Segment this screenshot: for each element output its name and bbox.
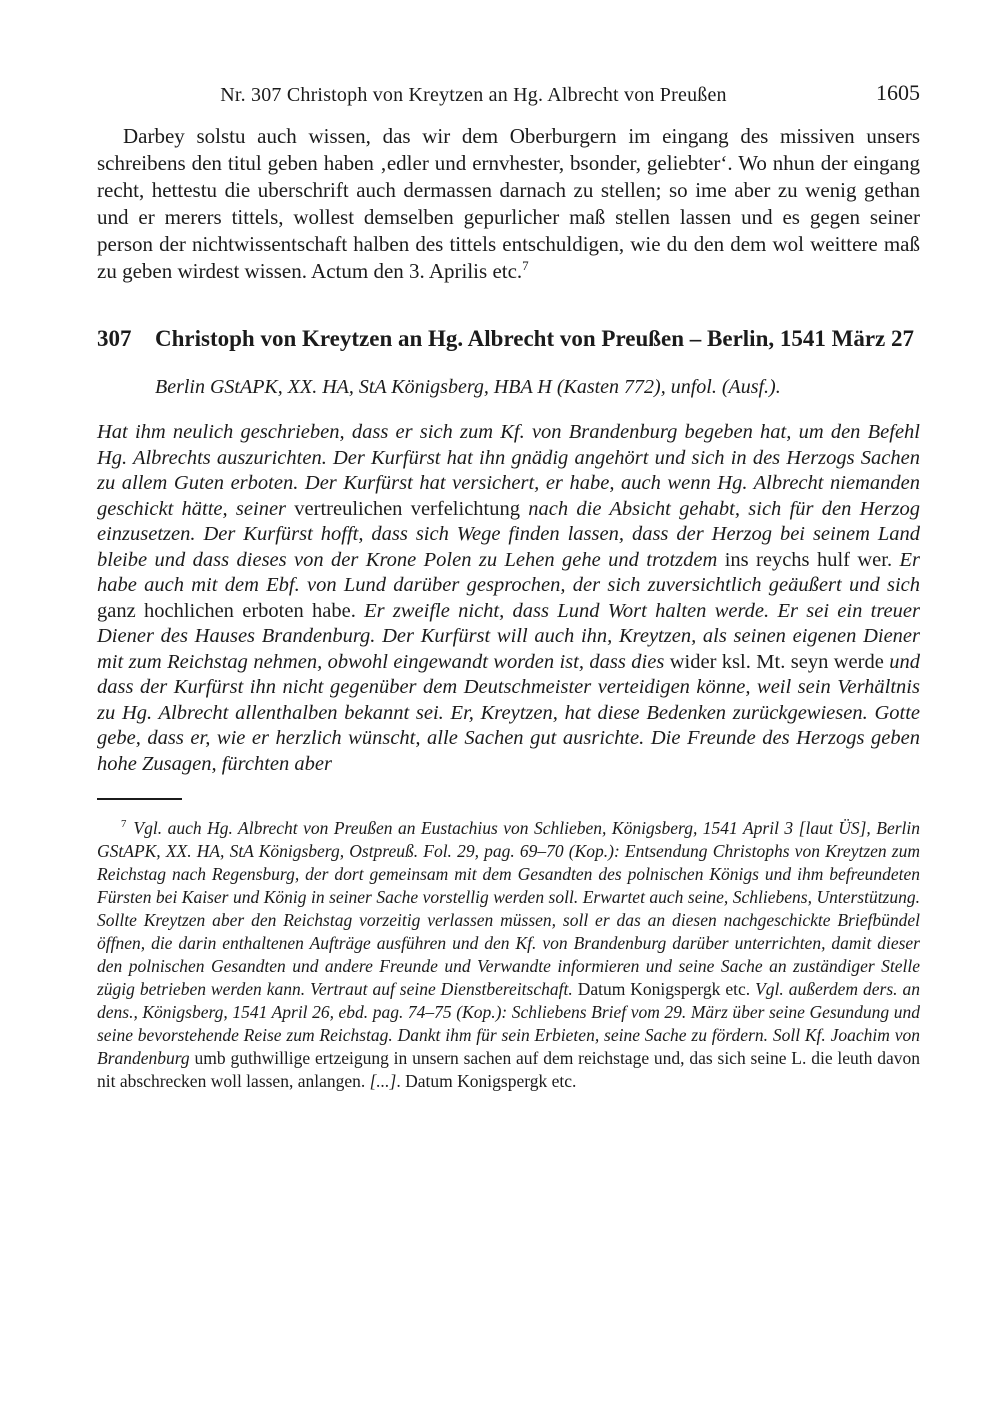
regest-summary-paragraph: Hat ihm neulich geschrieben, dass er sic… — [97, 420, 920, 777]
letter-text-paragraph: Darbey solstu auch wissen, das wir dem O… — [97, 123, 920, 285]
text-column: Nr. 307 Christoph von Kreytzen an Hg. Al… — [97, 82, 920, 1111]
running-header: Nr. 307 Christoph von Kreytzen an Hg. Al… — [97, 82, 920, 108]
footnote-paragraph: 7Vgl. auch Hg. Albrecht von Preußen an E… — [97, 817, 920, 1093]
footnote-marker: 7 — [121, 818, 126, 830]
archival-source-line: Berlin GStAPK, XX. HA, StA Königsberg, H… — [97, 375, 920, 400]
footnote-separator-rule — [97, 798, 182, 800]
book-page: Nr. 307 Christoph von Kreytzen an Hg. Al… — [0, 0, 1004, 1418]
entry-title: Christoph von Kreytzen an Hg. Albrecht v… — [155, 325, 920, 353]
footnote-text: Vgl. auch Hg. Albrecht von Preußen an Eu… — [97, 818, 920, 1091]
running-header-title: Nr. 307 Christoph von Kreytzen an Hg. Al… — [97, 82, 920, 108]
footnote-section: 7Vgl. auch Hg. Albrecht von Preußen an E… — [97, 798, 920, 1094]
entry-heading: 307 Christoph von Kreytzen an Hg. Albrec… — [97, 325, 920, 353]
page-number: 1605 — [876, 80, 920, 106]
entry-number: 307 — [97, 325, 155, 353]
